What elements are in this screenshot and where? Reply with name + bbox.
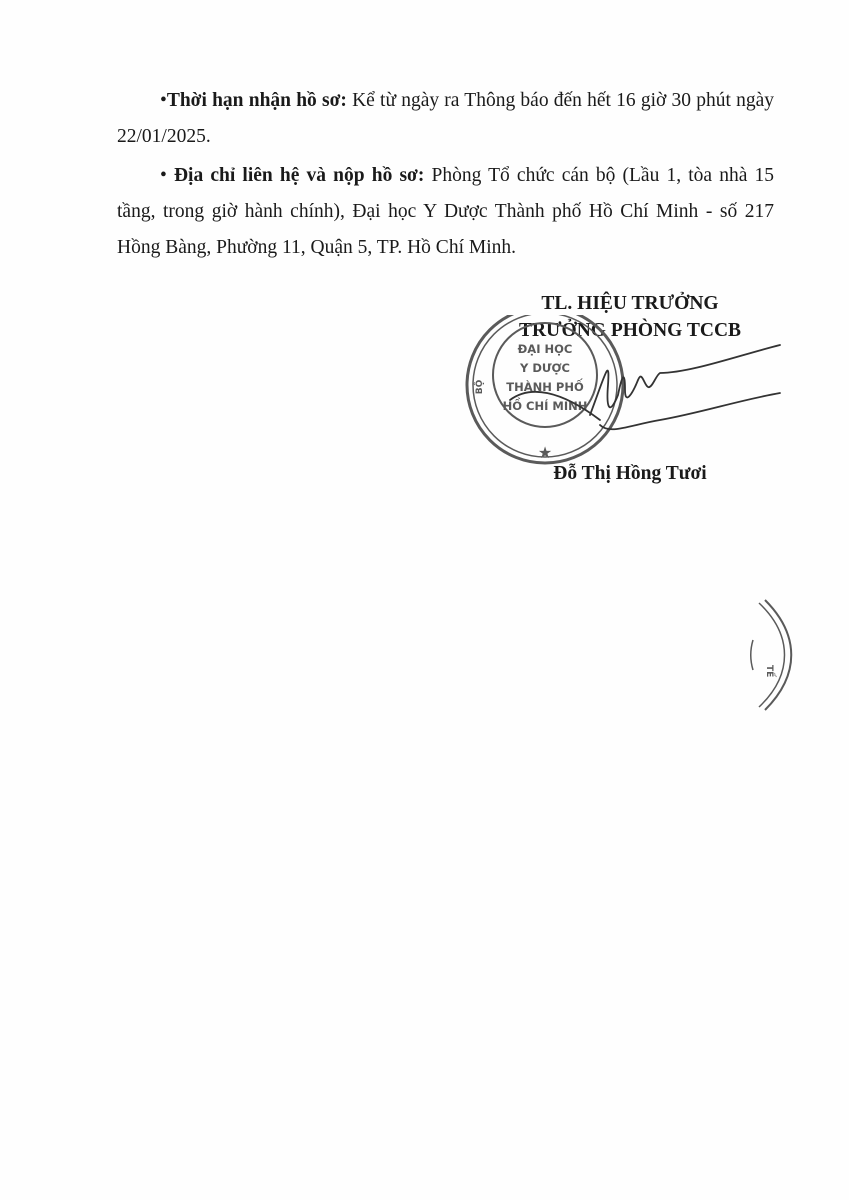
signer-authority: TL. HIỆU TRƯỞNG	[470, 290, 790, 317]
edge-text: TẾ	[764, 665, 777, 678]
official-stamp-and-signature: ĐẠI HỌC Y DƯỢC THÀNH PHỐ HỒ CHÍ MINH BỘ …	[460, 315, 800, 475]
contact-address-paragraph: • Địa chỉ liên hệ và nộp hồ sơ: Phòng Tổ…	[117, 158, 774, 266]
stamp-side-text: BỘ	[474, 379, 485, 394]
bullet: •	[160, 90, 167, 111]
stamp-edge-fragment: TẾ	[745, 595, 805, 715]
bullet: •	[160, 165, 174, 186]
stamp-line-3: THÀNH PHỐ	[506, 377, 584, 394]
contact-label: Địa chỉ liên hệ và nộp hồ sơ:	[174, 165, 424, 186]
signer-name: Đỗ Thị Hồng Tươi	[470, 460, 790, 487]
deadline-paragraph: •Thời hạn nhận hồ sơ: Kể từ ngày ra Thôn…	[117, 83, 774, 155]
stamp-line-2: Y DƯỢC	[519, 361, 570, 375]
deadline-label: Thời hạn nhận hồ sơ:	[167, 90, 347, 111]
stamp-line-1: ĐẠI HỌC	[518, 342, 573, 356]
